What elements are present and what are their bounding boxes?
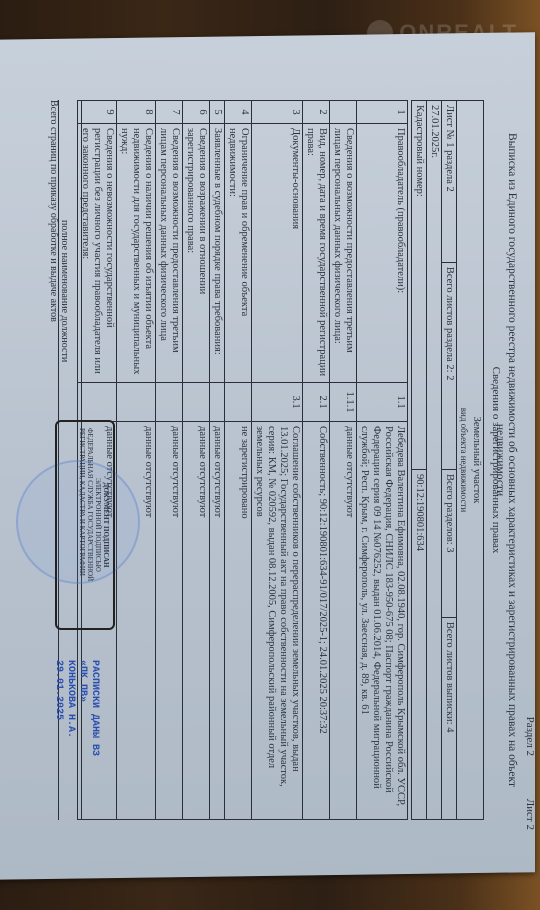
document-header-right: Раздел 2 Лист 2	[524, 677, 536, 830]
row-num: 2	[303, 101, 330, 124]
table-row: 8Сведения о наличии решения об изъятии о…	[117, 101, 156, 820]
table-row: 5Заявленные в судебном порядке права тре…	[210, 101, 225, 820]
issue-date: 27.01.2025г.	[427, 101, 442, 820]
row-label: Сведения о возражении в отношении зареги…	[183, 124, 210, 383]
row-label: Сведения о возможности предоставления тр…	[156, 124, 183, 383]
row-sub	[210, 383, 225, 422]
row-value: Соглашение собственников о перераспредел…	[252, 422, 303, 820]
row-num: 7	[156, 101, 183, 124]
electronic-signature-stamp: ДОКУМЕНТ ПОДПИСАН ЭЛЕКТРОННОЙ ПОДПИСЬЮ Ф…	[55, 420, 115, 630]
table-row: 2Вид, номер, дата и время государственно…	[303, 101, 330, 820]
row-sub	[183, 383, 210, 422]
row-label: Вид, номер, дата и время государственной…	[303, 124, 330, 383]
section-label: Раздел 2	[524, 717, 536, 756]
sheet-of-section: Лист № 1 раздела 2	[442, 101, 457, 263]
object-type: Земельный участок вид объекта недвижимос…	[457, 101, 484, 820]
row-sub: 2.1	[303, 383, 330, 422]
table-row: 3Документы-основания3.1Соглашение собств…	[252, 101, 303, 820]
row-value: данные отсутствуют	[156, 422, 183, 820]
total-sheets-section: Всего листов раздела 2: 2	[442, 262, 457, 469]
table-row: 6Сведения о возражении в отношении зарег…	[183, 101, 210, 820]
table-row: Сведения о возможности предоставления тр…	[330, 101, 357, 820]
rotated-document: Раздел 2 Лист 2 Выписка из Единого госуд…	[20, 60, 540, 840]
table-row: 1Правообладатель (правообладатели):1.1Ле…	[357, 101, 408, 820]
total-sections: Всего разделов: 3	[442, 470, 457, 618]
row-num: 1	[357, 101, 408, 124]
rights-table: 1Правообладатель (правообладатели):1.1Ле…	[77, 100, 408, 820]
row-value: данные отсутствуют	[183, 422, 210, 820]
row-num: 3	[252, 101, 303, 124]
cadastral-number: 90:12:190801:634	[412, 470, 427, 820]
row-value: не зарегистрировано	[225, 422, 252, 820]
table-row: 7Сведения о возможности предоставления т…	[156, 101, 183, 820]
row-value: Лебедева Валентина Ефимовна, 02.08.1940,…	[357, 422, 408, 820]
header-table: Земельный участок вид объекта недвижимос…	[411, 100, 484, 820]
row-value: данные отсутствуют	[330, 422, 357, 820]
row-num: 9	[78, 101, 117, 124]
row-sub: 1.1	[357, 383, 408, 422]
cadastral-label: Кадастровый номер:	[412, 101, 427, 470]
row-value: данные отсутствуют	[210, 422, 225, 820]
row-label: Документы-основания	[252, 124, 303, 383]
document-subtitle: Сведения о зарегистрированных правах	[490, 100, 502, 820]
blue-certification-stamp: РАСПИСКИ ДАНЫ ВЗ «ПК ПВ» КОНЬКОВА Н.А. 2…	[52, 660, 100, 756]
row-sub: 3.1	[252, 383, 303, 422]
row-num: 8	[117, 101, 156, 124]
row-num	[330, 101, 357, 124]
row-sub	[156, 383, 183, 422]
row-label: Заявленные в судебном порядке права треб…	[210, 124, 225, 383]
row-sub	[78, 383, 117, 422]
row-sub	[225, 383, 252, 422]
row-num: 6	[183, 101, 210, 124]
total-sheets: Всего листов выписки: 4	[442, 617, 457, 819]
row-sub: 1.1.1	[330, 383, 357, 422]
row-num: 4	[225, 101, 252, 124]
row-num: 5	[210, 101, 225, 124]
row-label: Ограничение прав и обременение объекта н…	[225, 124, 252, 383]
row-label: Правообладатель (правообладатели):	[357, 124, 408, 383]
row-label: Сведения о наличии решения об изъятии об…	[117, 124, 156, 383]
row-sub	[117, 383, 156, 422]
row-label: Сведения о возможности предоставления тр…	[330, 124, 357, 383]
sheet-label: Лист 2	[524, 799, 536, 830]
row-label: Сведения о невозможности государственной…	[78, 124, 117, 383]
row-value: Собственность; 90:12:190801:634-91/017/2…	[303, 422, 330, 820]
table-row: 4Ограничение прав и обременение объекта …	[225, 101, 252, 820]
